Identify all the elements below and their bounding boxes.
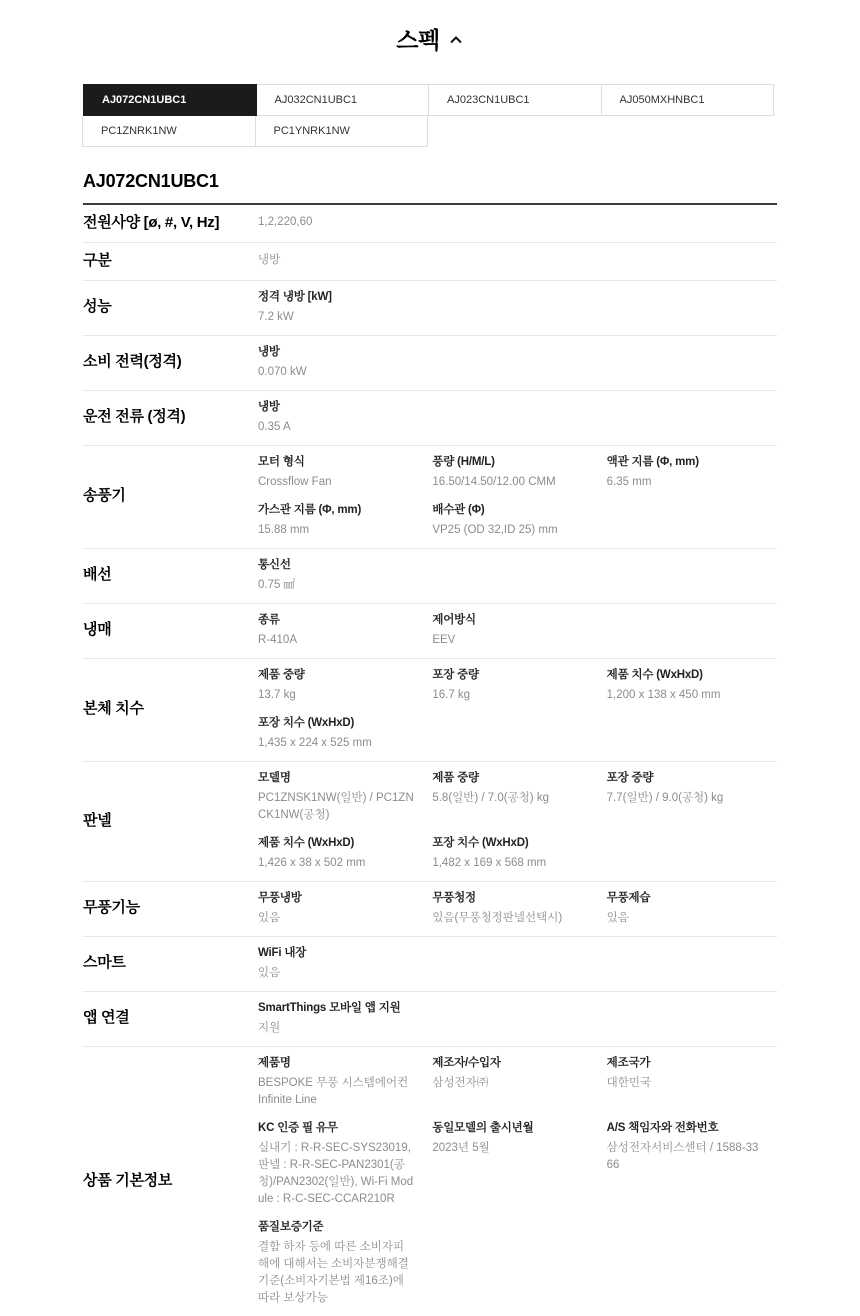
spec-cell: 포장 치수 (WxHxD)1,435 x 224 x 525 mm (258, 716, 428, 752)
spec-cell-key: 포장 중량 (432, 668, 588, 683)
spec-row-label: 소비 전력(정격) (83, 345, 258, 381)
spec-cell-key: 포장 치수 (WxHxD) (432, 836, 588, 851)
spec-row-cells: 냉방0.35 A (258, 400, 777, 436)
spec-cell-key: 모델명 (258, 771, 414, 786)
spec-cell-key: 제품 치수 (WxHxD) (258, 836, 414, 851)
tab-aj050mxhnbc1[interactable]: AJ050MXHNBC1 (601, 84, 775, 116)
selected-model-title: AJ072CN1UBC1 (83, 171, 777, 205)
spec-row-cells: 냉방 (258, 252, 777, 271)
spec-cell-value: 16.50/14.50/12.00 CMM (432, 474, 588, 491)
spec-cell-key: KC 인증 필 유무 (258, 1121, 414, 1136)
spec-cell: KC 인증 필 유무실내기 : R-R-SEC-SYS23019, 판넬 : R… (258, 1121, 428, 1208)
spec-cell-value: 있음 (607, 910, 763, 927)
spec-cell: 품질보증기준결함 하자 등에 따른 소비자피해에 대해서는 소비자분쟁해결기준(… (258, 1220, 428, 1307)
spec-row-cells: 제품명BESPOKE 무풍 시스템에어컨 Infinite Line제조자/수입… (258, 1056, 777, 1307)
spec-cell: 냉방0.35 A (258, 400, 428, 436)
spec-row-cells: 모델명PC1ZNSK1NW(일반) / PC1ZNCK1NW(공청)제품 중량5… (258, 771, 777, 872)
chevron-up-icon (448, 32, 464, 48)
spec-row: 구분냉방 (83, 243, 777, 281)
spec-cell-key: 액관 지름 (Φ, mm) (607, 455, 763, 470)
spec-cell-value: 7.7(일반) / 9.0(공청) kg (607, 790, 763, 807)
spec-cell-key: 제품 중량 (432, 771, 588, 786)
spec-cell: 동일모델의 출시년월2023년 5월 (432, 1121, 602, 1157)
spec-row-label: 운전 전류 (정격) (83, 400, 258, 436)
spec-cell: 무풍청정있음(무풍청정판넬선택시) (432, 891, 602, 927)
spec-cell: 제조국가대한민국 (607, 1056, 777, 1092)
spec-cell-key: 무풍청정 (432, 891, 588, 906)
spec-table: 전원사양 [ø, #, V, Hz]1,2,220,60구분냉방성능정격 냉방 … (83, 205, 777, 1316)
spec-cell-key: 모터 형식 (258, 455, 414, 470)
spec-row: 냉매종류R-410A제어방식EEV (83, 604, 777, 659)
spec-cell: 포장 중량7.7(일반) / 9.0(공청) kg (607, 771, 777, 807)
spec-cell: 냉방0.070 kW (258, 345, 428, 381)
spec-cell-key: 가스관 지름 (Φ, mm) (258, 503, 414, 518)
spec-row: 전원사양 [ø, #, V, Hz]1,2,220,60 (83, 205, 777, 243)
spec-section-title: 스펙 (396, 22, 439, 55)
spec-cell-value: 1,435 x 224 x 525 mm (258, 735, 414, 752)
spec-cell: 종류R-410A (258, 613, 428, 649)
spec-cell: 무풍제습있음 (607, 891, 777, 927)
spec-cell-value: 7.2 kW (258, 309, 414, 326)
spec-cell-key: 통신선 (258, 558, 414, 573)
spec-cell-value: 삼성전자서비스센터 / 1588-3366 (607, 1140, 763, 1174)
spec-cell-value: 6.35 mm (607, 474, 763, 491)
spec-cell-value: 0.070 kW (258, 364, 414, 381)
spec-cell-value: BESPOKE 무풍 시스템에어컨 Infinite Line (258, 1075, 414, 1109)
spec-cell-value: 2023년 5월 (432, 1140, 588, 1157)
spec-cell-key: 배수관 (Φ) (432, 503, 588, 518)
spec-cell-key: 종류 (258, 613, 414, 628)
spec-cell-value: 1,200 x 138 x 450 mm (607, 687, 763, 704)
spec-cell: 1,2,220,60 (258, 214, 428, 231)
spec-row-label: 앱 연결 (83, 1001, 258, 1037)
spec-cell-value: 1,2,220,60 (258, 214, 414, 231)
spec-cell: 제품 중량5.8(일반) / 7.0(공청) kg (432, 771, 602, 807)
spec-cell-key: 제품명 (258, 1056, 414, 1071)
spec-row: 본체 치수제품 중량13.7 kg포장 중량16.7 kg제품 치수 (WxHx… (83, 659, 777, 762)
spec-row: 앱 연결SmartThings 모바일 앱 지원지원 (83, 992, 777, 1047)
spec-cell-key: WiFi 내장 (258, 946, 414, 961)
spec-row-label: 구분 (83, 252, 258, 271)
spec-cell-value: 16.7 kg (432, 687, 588, 704)
spec-row-cells: 냉방0.070 kW (258, 345, 777, 381)
spec-cell-key: 냉방 (258, 345, 414, 360)
spec-cell-value: 지원 (258, 1020, 414, 1037)
spec-row: 배선통신선0.75 ㎟ (83, 549, 777, 604)
tab-pc1znrk1nw[interactable]: PC1ZNRK1NW (82, 115, 256, 147)
spec-row-cells: WiFi 내장있음 (258, 946, 777, 982)
spec-cell-value: 있음 (258, 965, 414, 982)
spec-cell: 모델명PC1ZNSK1NW(일반) / PC1ZNCK1NW(공청) (258, 771, 428, 824)
spec-row-cells: 정격 냉방 [kW]7.2 kW (258, 290, 777, 326)
spec-cell: 제품 치수 (WxHxD)1,426 x 38 x 502 mm (258, 836, 428, 872)
spec-cell-key: 냉방 (258, 400, 414, 415)
spec-cell-key: 제조국가 (607, 1056, 763, 1071)
spec-row-cells: 모터 형식Crossflow Fan풍량 (H/M/L)16.50/14.50/… (258, 455, 777, 539)
spec-cell: 제품 치수 (WxHxD)1,200 x 138 x 450 mm (607, 668, 777, 704)
spec-cell: 모터 형식Crossflow Fan (258, 455, 428, 491)
spec-cell-key: 풍량 (H/M/L) (432, 455, 588, 470)
spec-row-label: 배선 (83, 558, 258, 594)
tab-aj023cn1ubc1[interactable]: AJ023CN1UBC1 (428, 84, 602, 116)
spec-cell: 무풍냉방있음 (258, 891, 428, 927)
spec-cell-value: 있음 (258, 910, 414, 927)
spec-row: 판넬모델명PC1ZNSK1NW(일반) / PC1ZNCK1NW(공청)제품 중… (83, 762, 777, 882)
spec-cell-key: 무풍냉방 (258, 891, 414, 906)
spec-cell-key: 포장 중량 (607, 771, 763, 786)
spec-cell: 가스관 지름 (Φ, mm)15.88 mm (258, 503, 428, 539)
spec-row-label: 본체 치수 (83, 668, 258, 752)
spec-cell-value: 5.8(일반) / 7.0(공청) kg (432, 790, 588, 807)
spec-row: 무풍기능무풍냉방있음무풍청정있음(무풍청정판넬선택시)무풍제습있음 (83, 882, 777, 937)
spec-row: 운전 전류 (정격)냉방0.35 A (83, 391, 777, 446)
spec-cell-value: 13.7 kg (258, 687, 414, 704)
spec-cell: 액관 지름 (Φ, mm)6.35 mm (607, 455, 777, 491)
spec-cell-value: 냉방 (258, 252, 414, 269)
spec-cell-value: 실내기 : R-R-SEC-SYS23019, 판넬 : R-R-SEC-PAN… (258, 1140, 414, 1208)
spec-cell: 포장 치수 (WxHxD)1,482 x 169 x 568 mm (432, 836, 602, 872)
spec-row: 송풍기모터 형식Crossflow Fan풍량 (H/M/L)16.50/14.… (83, 446, 777, 549)
spec-content: AJ072CN1UBC1AJ032CN1UBC1AJ023CN1UBC1AJ05… (83, 85, 777, 1316)
spec-cell-key: 정격 냉방 [kW] (258, 290, 414, 305)
spec-row-label: 전원사양 [ø, #, V, Hz] (83, 214, 258, 233)
spec-row-label: 송풍기 (83, 455, 258, 539)
spec-cell-value: EEV (432, 632, 588, 649)
spec-accordion-toggle[interactable]: 스펙 (0, 16, 860, 85)
spec-cell: 포장 중량16.7 kg (432, 668, 602, 704)
spec-cell: WiFi 내장있음 (258, 946, 428, 982)
spec-cell: SmartThings 모바일 앱 지원지원 (258, 1001, 428, 1037)
spec-cell-key: SmartThings 모바일 앱 지원 (258, 1001, 414, 1016)
tab-aj072cn1ubc1[interactable]: AJ072CN1UBC1 (83, 84, 257, 116)
spec-row-label: 스마트 (83, 946, 258, 982)
spec-cell-value: 0.35 A (258, 419, 414, 436)
spec-row-cells: 제품 중량13.7 kg포장 중량16.7 kg제품 치수 (WxHxD)1,2… (258, 668, 777, 752)
spec-cell: A/S 책임자와 전화번호삼성전자서비스센터 / 1588-3366 (607, 1121, 777, 1174)
tab-aj032cn1ubc1[interactable]: AJ032CN1UBC1 (256, 84, 430, 116)
spec-cell-value: 결함 하자 등에 따른 소비자피해에 대해서는 소비자분쟁해결기준(소비자기본법… (258, 1239, 414, 1307)
spec-row-label: 성능 (83, 290, 258, 326)
spec-cell-value: R-410A (258, 632, 414, 649)
spec-row-label: 무풍기능 (83, 891, 258, 927)
spec-row: 성능정격 냉방 [kW]7.2 kW (83, 281, 777, 336)
spec-cell-key: 제조자/수입자 (432, 1056, 588, 1071)
spec-cell-value: Crossflow Fan (258, 474, 414, 491)
spec-cell: 제조자/수입자삼성전자㈜ (432, 1056, 602, 1092)
spec-row-label: 상품 기본정보 (83, 1056, 258, 1307)
spec-cell: 제품 중량13.7 kg (258, 668, 428, 704)
spec-cell-key: A/S 책임자와 전화번호 (607, 1121, 763, 1136)
spec-cell: 제어방식EEV (432, 613, 602, 649)
spec-cell: 정격 냉방 [kW]7.2 kW (258, 290, 428, 326)
spec-cell-value: 대한민국 (607, 1075, 763, 1092)
model-tabs: AJ072CN1UBC1AJ032CN1UBC1AJ023CN1UBC1AJ05… (83, 85, 777, 147)
spec-row-cells: 무풍냉방있음무풍청정있음(무풍청정판넬선택시)무풍제습있음 (258, 891, 777, 927)
spec-row-label: 판넬 (83, 771, 258, 872)
spec-cell-value: 0.75 ㎟ (258, 577, 414, 594)
tab-pc1ynrk1nw[interactable]: PC1YNRK1NW (255, 115, 429, 147)
spec-cell-value: 1,426 x 38 x 502 mm (258, 855, 414, 872)
spec-cell-value: 있음(무풍청정판넬선택시) (432, 910, 588, 927)
spec-row-cells: 통신선0.75 ㎟ (258, 558, 777, 594)
spec-cell-value: 1,482 x 169 x 568 mm (432, 855, 588, 872)
spec-row: 소비 전력(정격)냉방0.070 kW (83, 336, 777, 391)
spec-row: 스마트WiFi 내장있음 (83, 937, 777, 992)
spec-row-cells: 종류R-410A제어방식EEV (258, 613, 777, 649)
spec-cell-value: PC1ZNSK1NW(일반) / PC1ZNCK1NW(공청) (258, 790, 414, 824)
spec-cell: 통신선0.75 ㎟ (258, 558, 428, 594)
spec-row-label: 냉매 (83, 613, 258, 649)
spec-cell-key: 무풍제습 (607, 891, 763, 906)
spec-page: 스펙 AJ072CN1UBC1AJ032CN1UBC1AJ023CN1UBC1A… (0, 0, 860, 1316)
spec-cell-key: 동일모델의 출시년월 (432, 1121, 588, 1136)
spec-row-cells: 1,2,220,60 (258, 214, 777, 233)
spec-cell: 냉방 (258, 252, 428, 269)
spec-cell-key: 품질보증기준 (258, 1220, 414, 1235)
spec-row-cells: SmartThings 모바일 앱 지원지원 (258, 1001, 777, 1037)
spec-cell-key: 제품 치수 (WxHxD) (607, 668, 763, 683)
spec-cell-value: 삼성전자㈜ (432, 1075, 588, 1092)
spec-cell: 풍량 (H/M/L)16.50/14.50/12.00 CMM (432, 455, 602, 491)
spec-cell-key: 포장 치수 (WxHxD) (258, 716, 414, 731)
spec-cell-value: 15.88 mm (258, 522, 414, 539)
spec-cell: 배수관 (Φ)VP25 (OD 32,ID 25) mm (432, 503, 602, 539)
spec-row: 상품 기본정보제품명BESPOKE 무풍 시스템에어컨 Infinite Lin… (83, 1047, 777, 1316)
spec-cell-key: 제어방식 (432, 613, 588, 628)
spec-cell-key: 제품 중량 (258, 668, 414, 683)
spec-cell-value: VP25 (OD 32,ID 25) mm (432, 522, 588, 539)
spec-cell: 제품명BESPOKE 무풍 시스템에어컨 Infinite Line (258, 1056, 428, 1109)
